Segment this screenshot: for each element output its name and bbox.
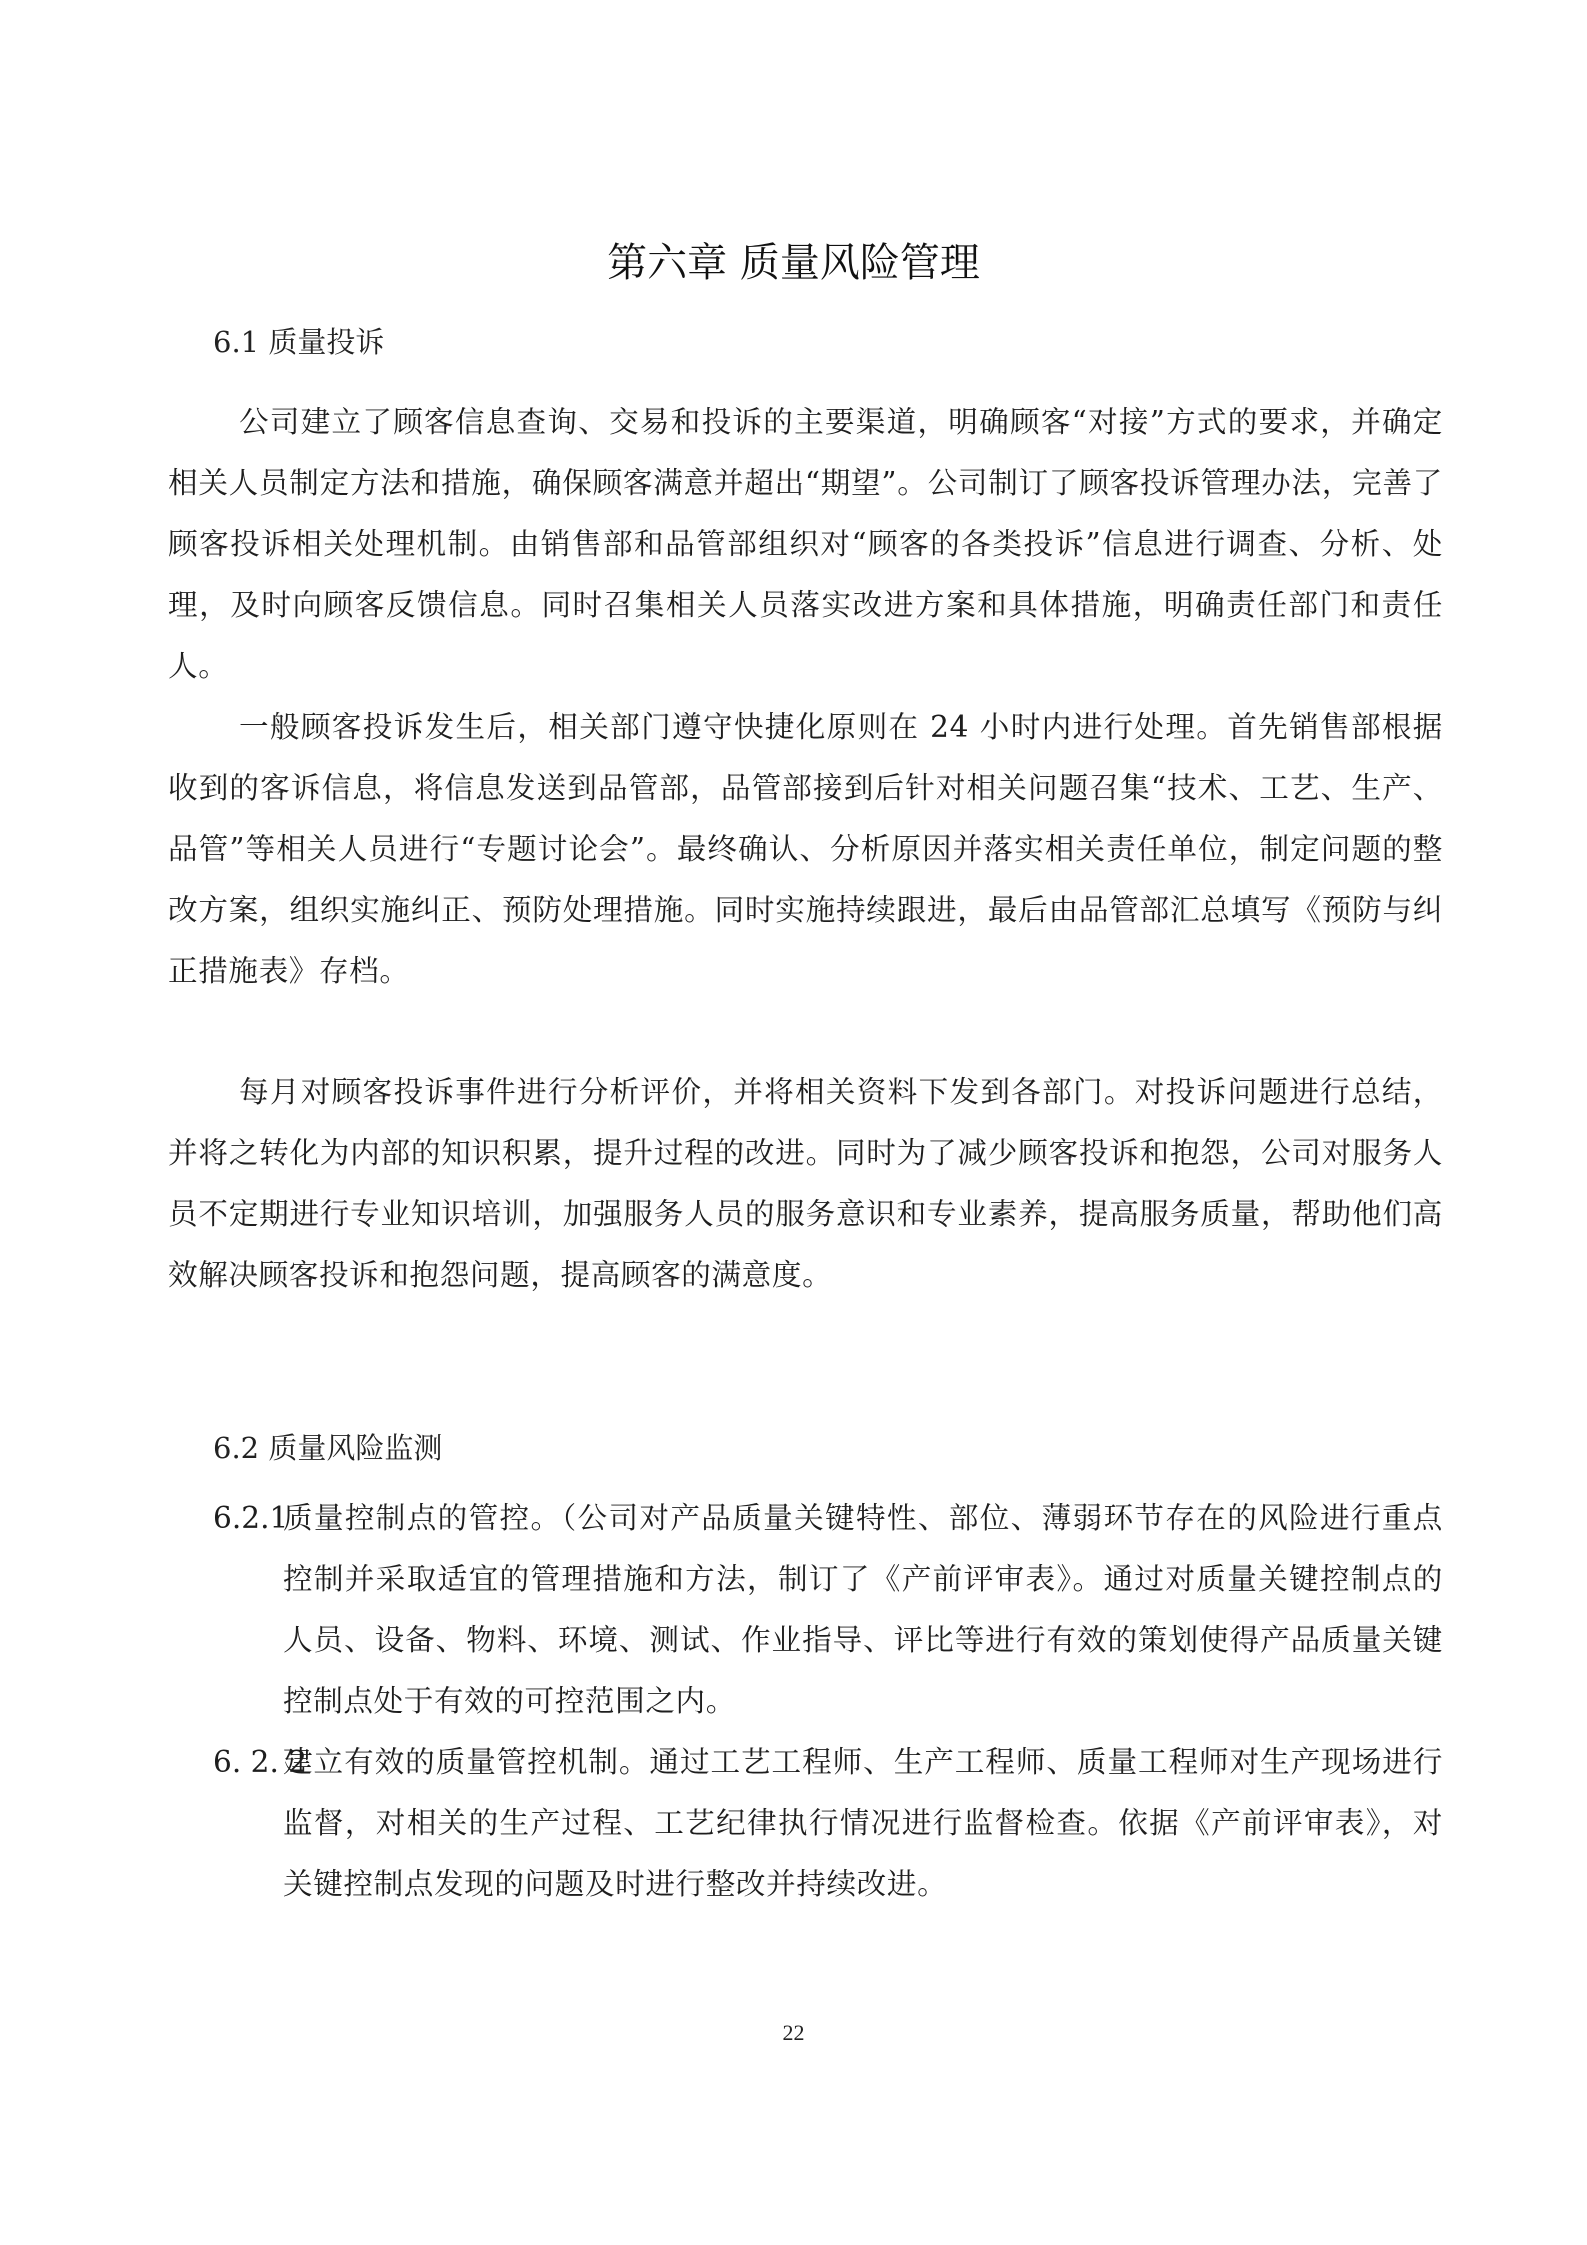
chapter-title: 第六章 质量风险管理: [0, 238, 1587, 288]
list-item-6-2-2: 6. 2. 2 建立有效的质量管控机制。通过工艺工程师、生产工程师、质量工程师对…: [213, 1732, 1443, 1915]
paragraph-monthly-analysis: 每月对顾客投诉事件进行分析评价，并将相关资料下发到各部门。对投诉问题进行总结，并…: [168, 1062, 1443, 1306]
item-text: 质量控制点的管控。（公司对产品质量关键特性、部位、薄弱环节存在的风险进行重点控制…: [213, 1488, 1443, 1732]
item-text: 建立有效的质量管控机制。通过工艺工程师、生产工程师、质量工程师对生产现场进行监督…: [213, 1732, 1443, 1915]
document-page: 第六章 质量风险管理 6.1 质量投诉 公司建立了顾客信息查询、交易和投诉的主要…: [0, 0, 1587, 2245]
item-number: 6.2.1: [213, 1488, 288, 1549]
page-number: 22: [0, 2020, 1587, 2046]
paragraph-complaint-channels: 公司建立了顾客信息查询、交易和投诉的主要渠道，明确顾客“对接”方式的要求，并确定…: [168, 392, 1443, 697]
section-heading-6-1: 6.1 质量投诉: [213, 322, 384, 362]
section-heading-6-2: 6.2 质量风险监测: [213, 1428, 442, 1468]
item-number: 6. 2. 2: [213, 1732, 307, 1793]
paragraph-complaint-handling: 一般顾客投诉发生后，相关部门遵守快捷化原则在 24 小时内进行处理。首先销售部根…: [168, 697, 1443, 1002]
list-item-6-2-1: 6.2.1 质量控制点的管控。（公司对产品质量关键特性、部位、薄弱环节存在的风险…: [213, 1488, 1443, 1732]
